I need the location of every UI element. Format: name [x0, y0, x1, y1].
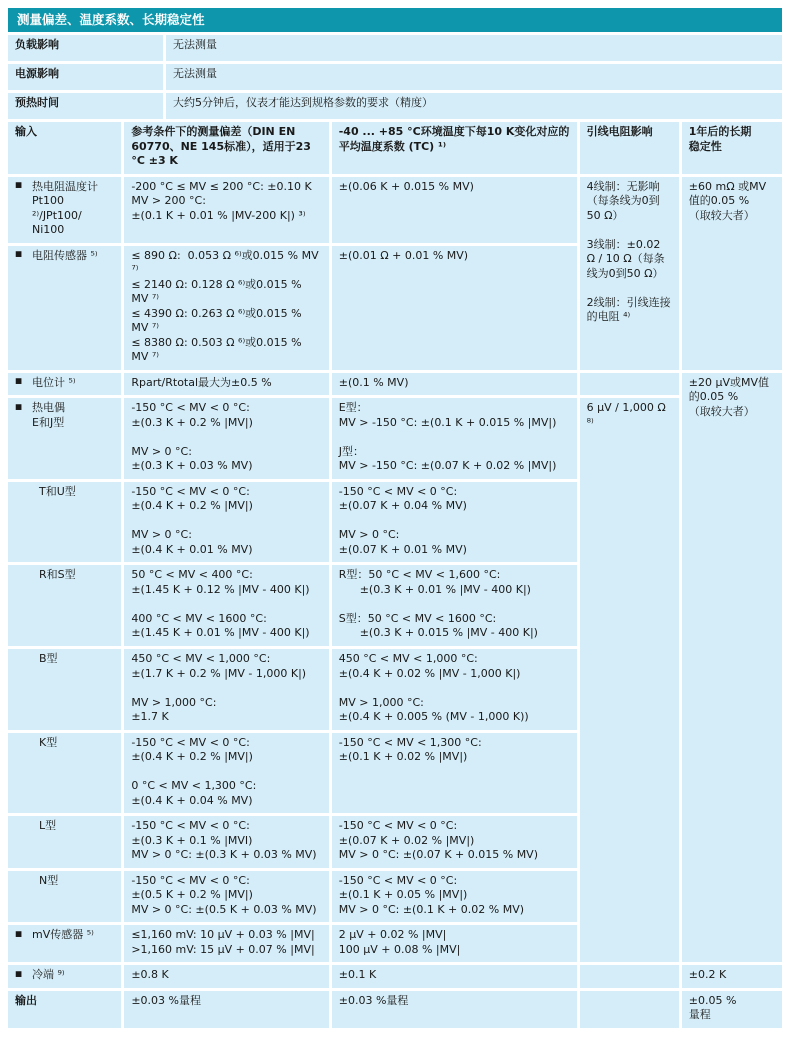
- header-row: 输入 参考条件下的测量偏差（DIN EN 60770、NE 145标准），适用于…: [8, 122, 782, 174]
- deviation-cell: -150 °C < MV < 0 °C: ±(0.5 K + 0.2 % |MV…: [124, 871, 328, 923]
- deviation-cell: -150 °C < MV < 0 °C: ±(0.3 K + 0.2 % |MV…: [124, 398, 328, 479]
- square-bullet-icon: ■: [15, 376, 32, 386]
- deviation-cell: 450 °C < MV < 1,000 °C: ±(1.7 K + 0.2 % …: [124, 649, 328, 730]
- row-value: 无法测量: [166, 35, 782, 61]
- row-label: 冷端 ⁹⁾: [32, 968, 114, 983]
- row-label-cell: ■热电偶 E和J型: [8, 398, 121, 479]
- col-header-input: 输入: [8, 122, 121, 174]
- table-row: ■冷端 ⁹⁾ ±0.8 K ±0.1 K ±0.2 K: [8, 965, 782, 988]
- empty-cell: [580, 991, 679, 1028]
- deviation-cell: 50 °C < MV < 400 °C: ±(1.45 K + 0.12 % |…: [124, 565, 328, 646]
- row-label: 电阻传感器 ⁵⁾: [32, 249, 114, 264]
- deviation-cell: -150 °C < MV < 0 °C: ±(0.4 K + 0.2 % |MV…: [124, 482, 328, 563]
- tc-cell: -150 °C < MV < 1,300 °C: ±(0.1 K + 0.02 …: [332, 733, 577, 814]
- tc-cell: ±0.03 %量程: [332, 991, 577, 1028]
- row-label: 预热时间: [8, 93, 163, 119]
- row-label: B型: [39, 652, 97, 667]
- col-header-stability: 1年后的长期 稳定性: [682, 122, 782, 174]
- stability-cell: ±20 μV或MV值的0.05 % （取较大者）: [682, 373, 782, 963]
- spec-table: 输入 参考条件下的测量偏差（DIN EN 60770、NE 145标准），适用于…: [5, 119, 785, 1031]
- tc-cell: 2 μV + 0.02 % |MV| 100 μV + 0.08 % |MV|: [332, 925, 577, 962]
- row-label: 热电阻温度计 Pt100 ²⁾/JPt100/ Ni100: [32, 180, 114, 238]
- row-label: 输出: [15, 994, 114, 1009]
- tc-cell: -150 °C < MV < 0 °C: ±(0.1 K + 0.05 % |M…: [332, 871, 577, 923]
- tc-cell: ±(0.01 Ω + 0.01 % MV): [332, 246, 577, 370]
- row-label-cell: 输出: [8, 991, 121, 1028]
- row-label: 负载影响: [8, 35, 163, 61]
- row-label-cell: ■冷端 ⁹⁾: [8, 965, 121, 988]
- row-value: 大约5分钟后，仪表才能达到规格参数的要求（精度）: [166, 93, 782, 119]
- row-label-cell: ■mV传感器 ⁵⁾: [8, 925, 121, 962]
- tc-cell: R型：50 °C < MV < 1,600 °C: ±(0.3 K + 0.01…: [332, 565, 577, 646]
- row-value: 无法测量: [166, 64, 782, 90]
- table-row: ■热电偶 E和J型 -150 °C < MV < 0 °C: ±(0.3 K +…: [8, 398, 782, 479]
- table-row: 输出 ±0.03 %量程 ±0.03 %量程 ±0.05 % 量程: [8, 991, 782, 1028]
- row-label-cell: L型: [8, 816, 121, 868]
- square-bullet-icon: ■: [15, 180, 32, 190]
- row-label-cell: R和S型: [8, 565, 121, 646]
- tc-cell: ±0.1 K: [332, 965, 577, 988]
- tc-cell: -150 °C < MV < 0 °C: ±(0.07 K + 0.04 % M…: [332, 482, 577, 563]
- tc-cell: E型： MV > -150 °C: ±(0.1 K + 0.015 % |MV|…: [332, 398, 577, 479]
- col-header-lead: 引线电阻影响: [580, 122, 679, 174]
- stability-cell: ±0.2 K: [682, 965, 782, 988]
- row-label: L型: [39, 819, 97, 834]
- row-label-cell: ■电阻传感器 ⁵⁾: [8, 246, 121, 370]
- deviation-cell: ±0.03 %量程: [124, 991, 328, 1028]
- row-label-cell: ■电位计 ⁵⁾: [8, 373, 121, 396]
- stability-cell: ±0.05 % 量程: [682, 991, 782, 1028]
- row-label-cell: K型: [8, 733, 121, 814]
- deviation-cell: ≤1,160 mV: 10 μV + 0.03 % |MV| >1,160 mV…: [124, 925, 328, 962]
- deviation-cell: Rpart/Rtotal最大为±0.5 %: [124, 373, 328, 396]
- empty-cell: [580, 373, 679, 396]
- row-label-cell: T和U型: [8, 482, 121, 563]
- table-row: 预热时间 大约5分钟后，仪表才能达到规格参数的要求（精度）: [8, 93, 782, 119]
- deviation-cell: -200 °C ≤ MV ≤ 200 °C: ±0.10 K MV > 200 …: [124, 177, 328, 243]
- deviation-cell: -150 °C < MV < 0 °C: ±(0.3 K + 0.1 % |MV…: [124, 816, 328, 868]
- tc-cell: ±(0.1 % MV): [332, 373, 577, 396]
- deviation-cell: ±0.8 K: [124, 965, 328, 988]
- deviation-cell: ≤ 890 Ω: 0.053 Ω ⁶⁾或0.015 % MV ⁷⁾ ≤ 2140…: [124, 246, 328, 370]
- spec-sheet-page: 测量偏差、温度系数、长期稳定性 负载影响 无法测量 电源影响 无法测量 预热时间…: [0, 0, 790, 1041]
- row-label: K型: [39, 736, 97, 751]
- row-label: 热电偶 E和J型: [32, 401, 114, 430]
- empty-cell: [580, 965, 679, 988]
- section-title: 测量偏差、温度系数、长期稳定性: [8, 8, 782, 32]
- square-bullet-icon: ■: [15, 929, 32, 939]
- lead-cell: 4线制：无影响（每条线为0到50 Ω） 3线制：±0.02 Ω / 10 Ω（每…: [580, 177, 679, 370]
- square-bullet-icon: ■: [15, 249, 32, 259]
- table-row: ■热电阻温度计 Pt100 ²⁾/JPt100/ Ni100 -200 °C ≤…: [8, 177, 782, 243]
- tc-cell: ±(0.06 K + 0.015 % MV): [332, 177, 577, 243]
- row-label-cell: B型: [8, 649, 121, 730]
- square-bullet-icon: ■: [15, 969, 32, 979]
- row-label-cell: N型: [8, 871, 121, 923]
- row-label: T和U型: [39, 485, 97, 500]
- tc-cell: -150 °C < MV < 0 °C: ±(0.07 K + 0.02 % |…: [332, 816, 577, 868]
- row-label: mV传感器 ⁵⁾: [32, 928, 114, 943]
- table-row: 负载影响 无法测量: [8, 35, 782, 61]
- row-label: 电源影响: [8, 64, 163, 90]
- col-header-deviation: 参考条件下的测量偏差（DIN EN 60770、NE 145标准），适用于23 …: [124, 122, 328, 174]
- lead-cell: 6 μV / 1,000 Ω ⁸⁾: [580, 398, 679, 962]
- summary-table: 负载影响 无法测量 电源影响 无法测量 预热时间 大约5分钟后，仪表才能达到规格…: [5, 32, 785, 122]
- table-row: ■电位计 ⁵⁾ Rpart/Rtotal最大为±0.5 % ±(0.1 % MV…: [8, 373, 782, 396]
- tc-cell: 450 °C < MV < 1,000 °C: ±(0.4 K + 0.02 %…: [332, 649, 577, 730]
- stability-cell: ±60 mΩ 或MV值的0.05 % （取较大者）: [682, 177, 782, 370]
- table-row: 电源影响 无法测量: [8, 64, 782, 90]
- row-label: N型: [39, 874, 97, 889]
- deviation-cell: -150 °C < MV < 0 °C: ±(0.4 K + 0.2 % |MV…: [124, 733, 328, 814]
- col-header-tc: -40 ... +85 °C环境温度下每10 K变化对应的平均温度系数 (TC)…: [332, 122, 577, 174]
- row-label: 电位计 ⁵⁾: [32, 376, 114, 391]
- row-label-cell: ■热电阻温度计 Pt100 ²⁾/JPt100/ Ni100: [8, 177, 121, 243]
- row-label: R和S型: [39, 568, 97, 583]
- square-bullet-icon: ■: [15, 402, 32, 412]
